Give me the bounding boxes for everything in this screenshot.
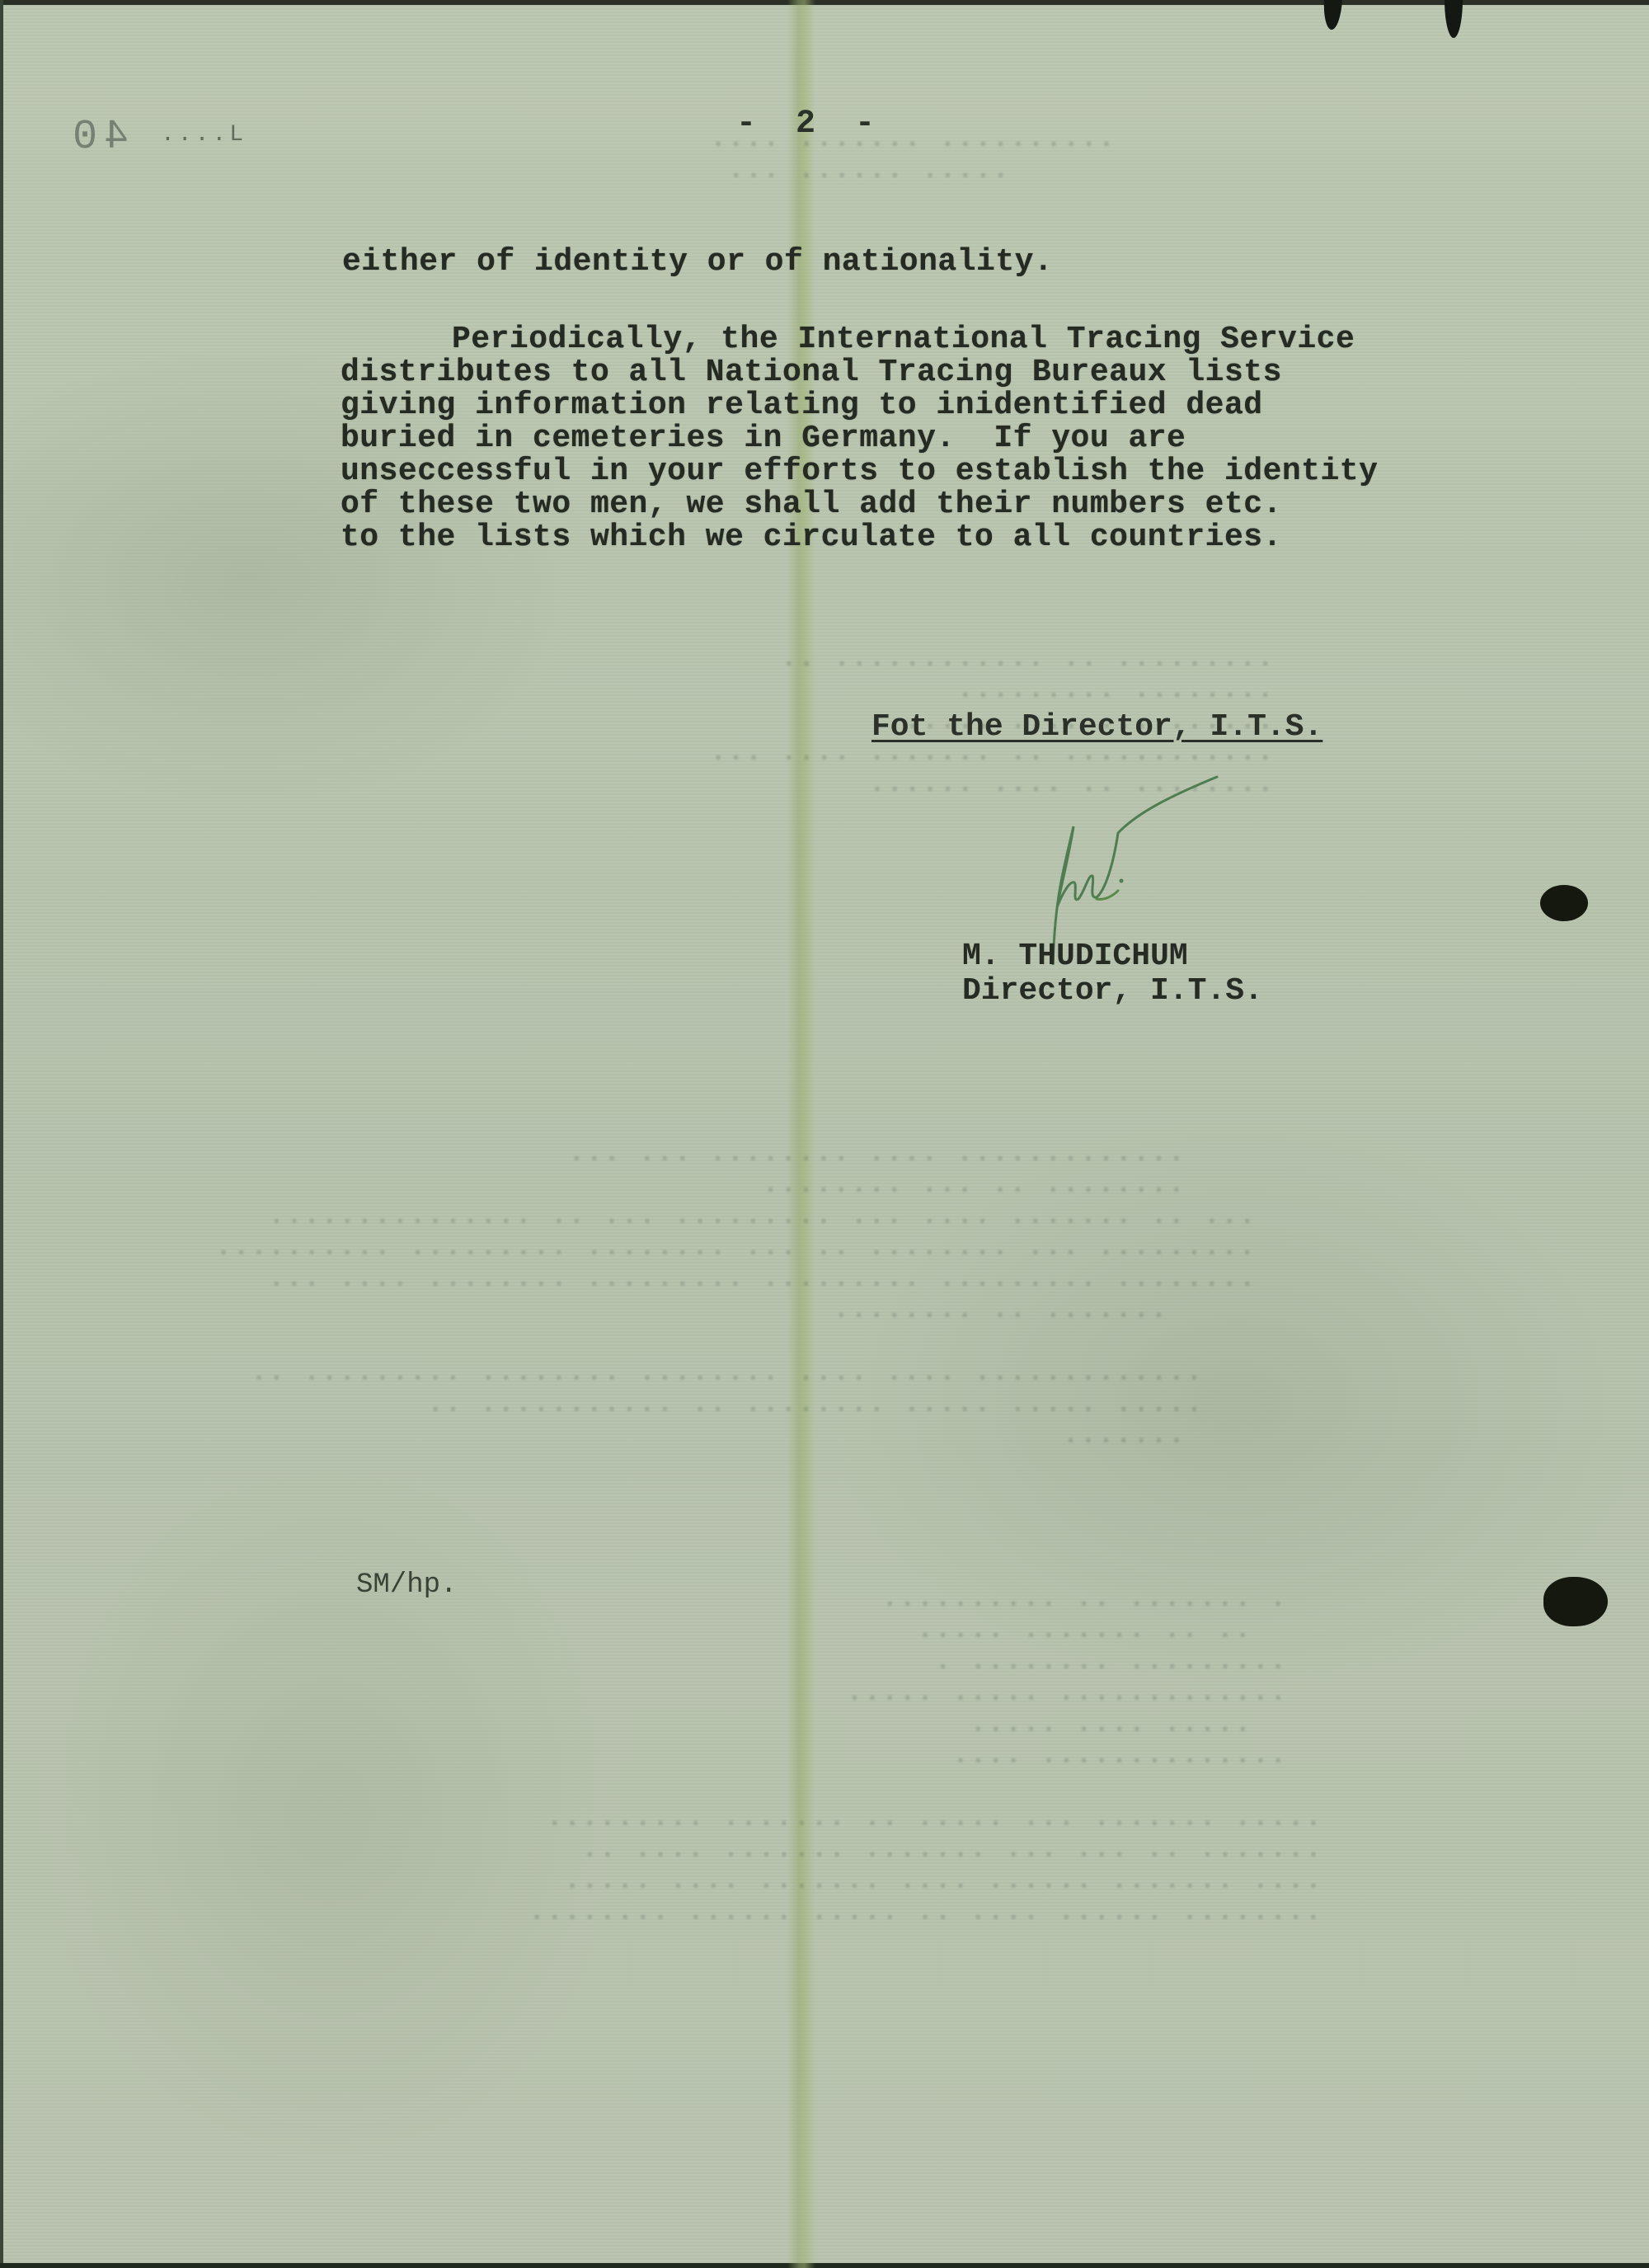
body-paragraph: Periodically, the International Tracing …	[341, 323, 1378, 554]
paragraph-line: to the lists which we circulate to all c…	[341, 521, 1378, 554]
signature-for-line: Fot the Director, I.T.S.	[871, 709, 1322, 745]
page-number: - 2 -	[736, 106, 885, 143]
handwritten-signature-icon	[956, 775, 1253, 965]
scan-left-edge	[0, 0, 3, 2268]
paragraph-line: Periodically, the International Tracing …	[341, 323, 1378, 356]
bleed-through-texture: . ....... .. .......... .. .. ....... ..…	[528, 1583, 1340, 1928]
punch-hole-icon	[1540, 885, 1588, 921]
body-intro-line: either of identity or of nationality.	[342, 246, 1053, 279]
paragraph-line: of these two men, we shall add their num…	[341, 488, 1378, 521]
punch-hole-icon	[1543, 1577, 1608, 1626]
reference-initials: SM/hp.	[356, 1569, 457, 1601]
signer-name: M. THUDICHUM	[962, 939, 1188, 974]
archive-stamp-number: 40	[66, 114, 129, 161]
paragraph-line: distributes to all National Tracing Bure…	[341, 356, 1378, 389]
archive-stamp-marks: ....L	[161, 122, 247, 148]
paragraph-line: buried in cemeteries in Germany. If you …	[341, 422, 1378, 455]
scan-top-edge	[0, 0, 1649, 5]
scan-bottom-edge	[0, 2263, 1649, 2268]
paragraph-line: unseccessful in your efforts to establis…	[341, 455, 1378, 488]
paragraph-line: giving information relating to inidentif…	[341, 389, 1378, 422]
signer-title: Director, I.T.S.	[962, 973, 1263, 1009]
bleed-through-texture: ............. .... ........ ... ... ....…	[214, 1138, 1273, 1452]
